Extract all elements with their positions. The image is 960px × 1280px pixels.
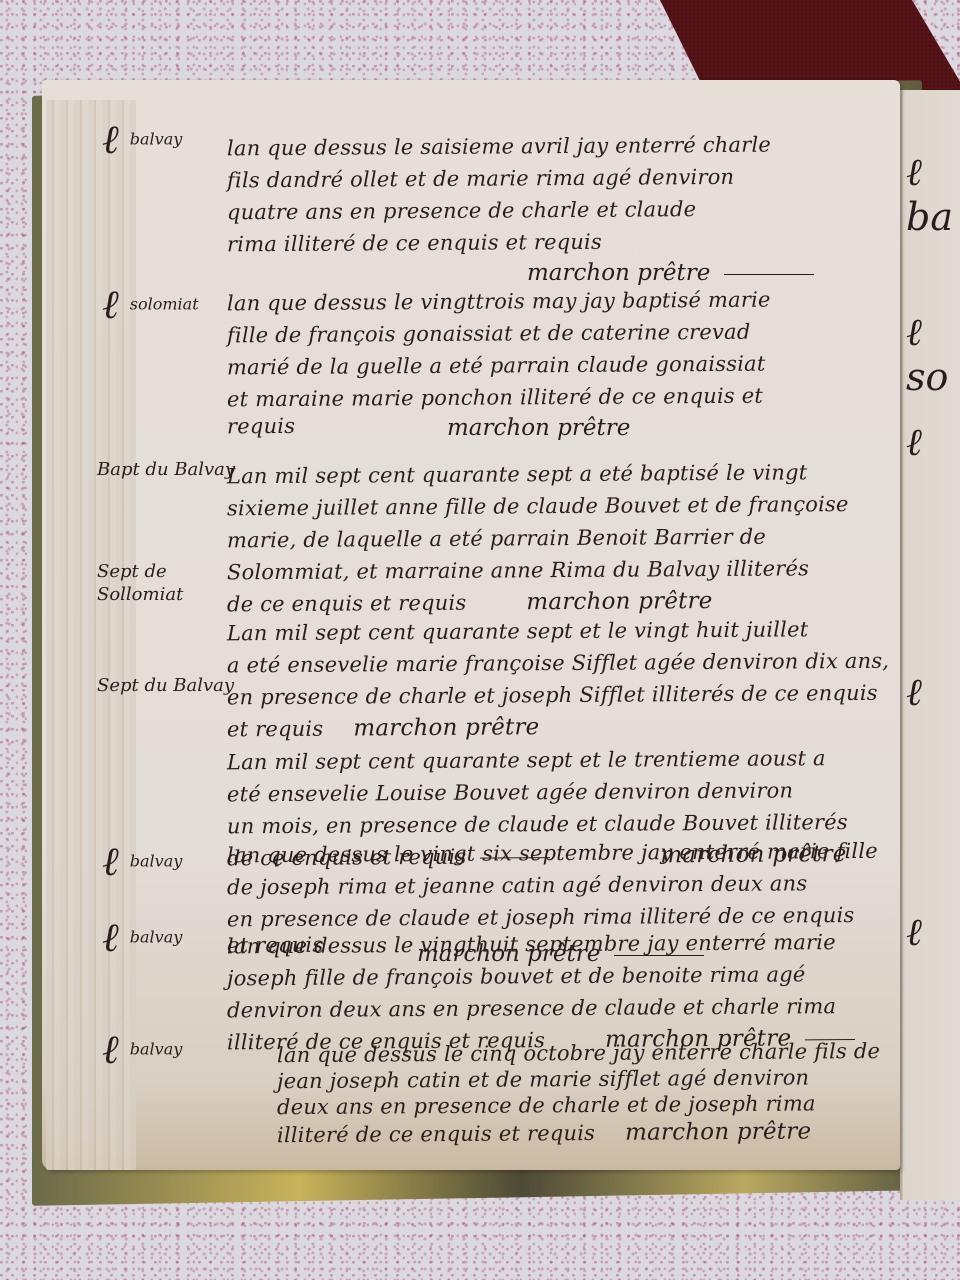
- signature: marchon prêtre: [595, 1118, 811, 1146]
- entry-line: Lan mil sept cent quarante sept a eté ba…: [227, 456, 907, 493]
- signature: marchon prêtre: [323, 714, 539, 742]
- margin-place: Sept de Sollomiat: [97, 561, 183, 605]
- entry-line: de joseph rima et jeanne catin agé denvi…: [227, 867, 907, 904]
- margin-note: ℓ balvay: [102, 120, 242, 160]
- entry-line: eté ensevelie Louise Bouvet agée denviro…: [227, 774, 907, 811]
- entry-line: a eté ensevelie marie françoise Sifflet …: [227, 645, 907, 682]
- entry-line: lan que dessus le vingttrois may jay bap…: [227, 283, 907, 320]
- facing-margin-mark: ℓ: [906, 910, 922, 955]
- entry-line: et requismarchon prêtre: [227, 709, 907, 746]
- entry-line: marie, de laquelle a eté parrain Benoit …: [227, 520, 907, 557]
- entry-mark: ℓ: [102, 839, 119, 885]
- entry-text: lan que dessus le vingthuit septembre ja…: [227, 928, 907, 1056]
- entry-mark: ℓ: [102, 915, 119, 961]
- entry-line: fils dandré ollet et de marie rima agé d…: [227, 160, 907, 197]
- entry-text: Lan mil sept cent quarante sept et le vi…: [227, 615, 907, 743]
- margin-place: balvay: [130, 1040, 183, 1059]
- margin-note: ℓ balvay: [102, 918, 242, 958]
- margin-note: ℓ solomiat: [102, 285, 242, 325]
- register-page: ℓ balvay lan que dessus le saisieme avri…: [42, 80, 900, 1170]
- facing-margin-mark: ℓ: [906, 670, 922, 715]
- page-stack-edge: [46, 100, 136, 1170]
- entry-mark: ℓ: [102, 1027, 119, 1073]
- margin-place: solomiat: [130, 295, 199, 314]
- entry-line: sixieme juillet anne fille de claude Bou…: [227, 488, 907, 525]
- facing-margin-mark: ℓ so: [906, 310, 960, 399]
- entry-line: lan que dessus le vingt six septembre ja…: [227, 835, 907, 872]
- margin-place: balvay: [130, 852, 183, 871]
- entry-line: illiteré de ce enquis et requismarchon p…: [277, 1116, 907, 1150]
- entry-mark: ℓ: [102, 117, 119, 163]
- entry-line: rima illiteré de ce enquis et requis: [227, 224, 907, 261]
- margin-place: balvay: [130, 130, 183, 149]
- entry-line: quatre ans en presence de charle et clau…: [227, 192, 907, 229]
- margin-note: ℓ balvay: [102, 842, 242, 882]
- entry-text: Lan mil sept cent quarante sept a eté ba…: [227, 458, 907, 618]
- margin-note: ℓ balvay: [102, 1030, 242, 1070]
- entry-line: Solommiat, et marraine anne Rima du Balv…: [227, 552, 907, 589]
- entry-line: lan que dessus le saisieme avril jay ent…: [227, 128, 907, 165]
- entry-text: lan que dessus le saisieme avril jay ent…: [227, 130, 907, 288]
- margin-note: Sept du Balvay: [97, 674, 237, 697]
- entry-line: marié de la guelle a eté parrain claude …: [227, 347, 907, 384]
- margin-place: Sept du Balvay: [97, 675, 234, 696]
- entry-line: lan que dessus le vingthuit septembre ja…: [227, 926, 907, 963]
- entry-line: fille de françois gonaissiat et de cater…: [227, 315, 907, 352]
- entry-line: Lan mil sept cent quarante sept et le vi…: [227, 613, 907, 650]
- entry-text: lan que dessus le cinq octobre jay enter…: [277, 1040, 907, 1148]
- entry-mark: ℓ: [102, 282, 119, 328]
- entry-text: lan que dessus le vingttrois may jay bap…: [227, 285, 907, 443]
- entry-line: en presence de charle et joseph Sifflet …: [227, 677, 907, 714]
- margin-place: balvay: [130, 928, 183, 947]
- entry-line: joseph fille de françois bouvet et de be…: [227, 958, 907, 995]
- facing-margin-mark: ℓ ba: [906, 150, 960, 239]
- register-book: ℓ ba ℓ so ℓ ℓ ℓ ℓ balvay lan que dessus …: [32, 80, 960, 1210]
- facing-page: ℓ ba ℓ so ℓ ℓ ℓ: [900, 90, 960, 1200]
- entry-line: denviron deux ans en presence de claude …: [227, 990, 907, 1027]
- margin-note: Bapt du Balvay: [97, 458, 237, 481]
- entry-line: et maraine marie ponchon illiteré de ce …: [227, 379, 907, 416]
- margin-note: Sept de Sollomiat: [97, 560, 237, 607]
- margin-place: Bapt du Balvay: [97, 459, 235, 480]
- facing-margin-mark: ℓ: [906, 420, 922, 465]
- entry-line: Lan mil sept cent quarante sept et le tr…: [227, 742, 907, 779]
- signature: marchon prêtre: [466, 588, 712, 616]
